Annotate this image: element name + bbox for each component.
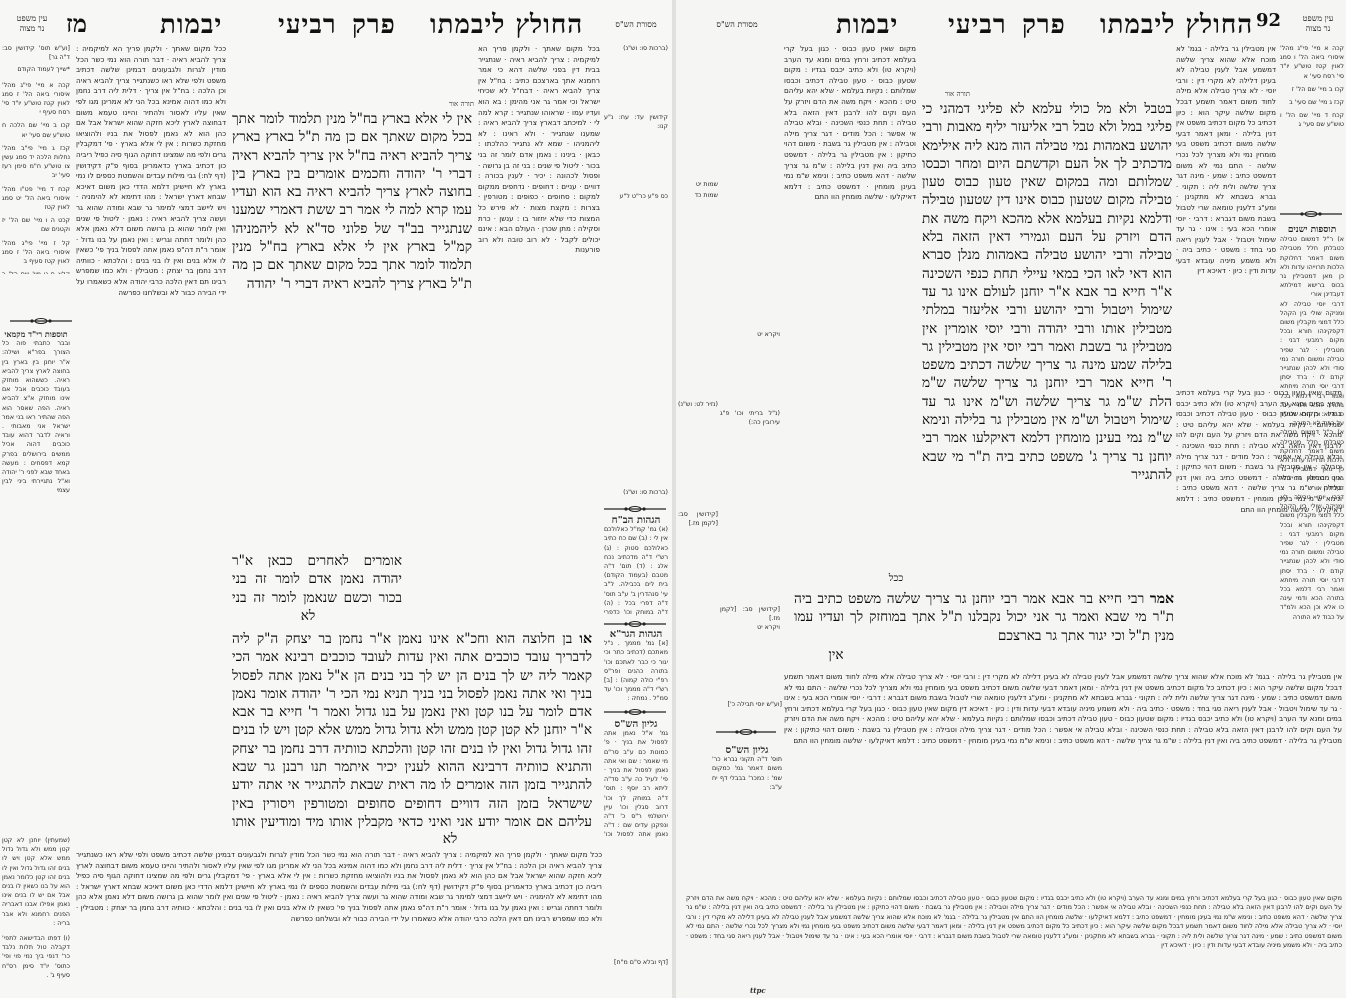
ornament-divider [604,708,666,716]
lower-margin-note: (ו) דפתו הבדישאה לתפי' דקבלה טול תלות נל… [2,934,70,980]
ein-mishpat-note: קכו ב מיי' שם הל' ז [1280,85,1344,94]
tosafot-yeshanim-text: דרבי יוסי טבילה לא ומניקה שולי בין הקהל … [1280,493,1344,622]
masoret-ref: (ברכות סו: וש"נ) [604,488,668,497]
ein-mishpat-text: עין משפט [1296,14,1340,24]
perek-label: פרק [1022,10,1066,40]
gemara-text-mid: אומרים לאחרים כבאן א"ר יהודה נאמן אדם לו… [232,552,402,607]
tosafot-rid-title: תוספות רי"ד מקמאי [2,330,70,339]
ein-mishpat-note: קכח ד מיי' שם הל' ו טוש"ע שם סעי' ג [1280,111,1344,129]
gilyon-hashas-title: גליון הש"ס [604,720,668,729]
gemara-catchword: לא [288,607,328,627]
ornament-divider [604,620,666,628]
ornament-divider [716,728,776,736]
rashi-text: מקום שאין טעון כבוס · כגון בעל קרי בעלמא… [784,44,916,201]
ein-mishpat-note: קכו ב מיי' שם הלכה ח טוש"ע שם סעי' יא [2,121,70,139]
ein-mishpat-note: קלא ח ט מיי' שם הל' ב טוש"ע יו"ד סימן רס… [2,270,70,274]
gilyon-hashas-text: תוס' ד"ה תקוני גברא כר' משום דאמר גמ' כמ… [712,755,782,792]
masoret-ref: [קידושין סב: [לקמן מז.] [720,605,780,623]
masoret-ref-bottom: [וע"ש יוסי תבילה כ'] [712,700,782,714]
hagahot-hagra-text: [א] גמ' מממך . נ"ל מאתכם (דכתיב כתר וכי … [604,639,668,700]
gilyon-hashas-box: גליון הש"ס תוס' ד"ה תקוני גברא כר' משום … [712,746,782,806]
tosafot-yeshanim-text: דרבי יוסי טבילה לא ומניקה שולי בין הקהל … [1280,300,1344,429]
tractate-name: יבמות [836,10,898,40]
gemara-passage: אומרים לאחרים כבאן א"ר יהודה נאמן אדם לו… [232,553,402,607]
gemara-catchword: ככל [876,570,916,588]
tosafot-text: ככל מקום שאתך · ולקמן פריך הא למיקמיה : … [76,44,226,297]
ornament-divider [10,317,72,325]
gemara-passage: אמר רבי חייא בר אבא אמר רבי יוחנן גר צרי… [794,591,1174,644]
tosafot-yeshanim-title: תוספות ישנים [1280,226,1344,235]
masoret-hashas-column: (ברכות סו: וש"נ) קידושין עד: עח: נ"ע קנו… [604,44,668,274]
tosafot-rid-text: ובבר כתבתי פוה כל הצורך בפר"א ושילה: א"ר… [2,339,70,495]
hagahot-bach-text: (א) גמ' קמ"ל כאלולכם אין לי : (ב) שם כח … [604,525,668,616]
gilyon-hashas-title: גליון הש"ס [712,746,782,755]
ner-mitzvah-text: נר מצוה [12,24,52,34]
margin-ref: *שייך לעמוד הקודם [2,65,70,74]
ornament-divider [1280,210,1342,218]
masoret-ref: קידושין עד: עח: נ"ע קנו: [604,113,668,131]
torah-or-label: תורה אור [920,90,970,99]
masoret-ref: (נזיר לט: וש"נ) [678,400,718,409]
page-header: מסורת הש"ס יבמות רביעי פרק החולץ ליבמתו … [676,6,1346,36]
gemara-catchword: לא [430,830,470,850]
rashi-commentary-bottom: אין מטבילין גר בלילה · בגמ' לא מוכח אלא … [784,672,1342,892]
masoret-ref-standalone: (ברכות סו: וש"נ) [604,488,668,502]
ein-mishpat-text: עין משפט [12,14,52,24]
gemara-text-upper: אין לי אלא בארץ בח"ל מנין תלמוד לומר אתך… [232,110,472,550]
page-header: עין משפט נר מצוה מז יבמות רביעי פרק החול… [0,6,672,36]
rashi-side-refs: [קידושין סב: [לקמן מז.] ויקרא יט [720,605,780,635]
gemara-text-upper: בטבל ולא מל כולי עלמא לא פליגי דמהני כי … [922,100,1172,570]
tosafot-text: אין מטבילין גר בלילה · בגמ' לא מוכח אלא … [1176,44,1276,275]
gemara-passage: בטבל ולא מל כולי עלמא לא פליגי דמהני כי … [922,101,1172,483]
hagahot-hagra-box: הגהות הגר"א [א] גמ' מממך . נ"ל מאתכם (דכ… [604,630,668,700]
rashi-text: בכל מקום שאתך · ולקמן פריך הא למיקמיה : … [478,44,600,254]
chapter-title: החולץ ליבמתו [430,10,583,40]
hagahot-bach-title: הגהות הב"ח [604,516,668,525]
commentary-footer: מקום שאין טעון כבוס · כגון בעל קרי בעלמא… [686,894,1342,986]
page-number: 92 [1256,10,1281,31]
perek-label: פרק [352,10,396,40]
tractate-name: יבמות [160,10,222,40]
ner-mitzvah-text: נר מצוה [1296,24,1340,34]
print-stamp: ttpc [750,986,766,995]
gemara-passage: אין לי אלא בארץ בח"ל מנין תלמוד לומר אתך… [232,111,472,292]
torah-or-label: תורה אור [420,100,474,109]
tosafot-yeshanim-text: א) ר"ל דמשום טבילה כטבלתן חלל מטבילה משו… [1280,428,1344,492]
masoret-hashas-column: שמות יט שמות כד (נזיר לט: וש"נ) [קידושין… [678,180,718,780]
chapter-title: החולץ ליבמתו [1100,10,1253,40]
ein-mishpat-note: קכה א מיי' פי"ג מהל' איסורי ביאה הל' ז ס… [2,81,70,118]
margin-ref: [וע"ש תוס' קידושין סב: ד"ה גר] [2,44,70,62]
masoret-ref: (נ"ל בריתי וכו' פ"ג עירובין כה:) [720,409,780,427]
gemara-passage: או בן חלוצה הוא וחכ"א אינו נאמן א"ר נחמן… [232,631,592,830]
tosafot-column: אין מטבילין גר בלילה · בגמ' לא מוכח אלא … [1176,44,1276,384]
gemara-catchword: אין [816,646,856,664]
ein-mishpat-note: קכח ד מיי' פט"ו מהל' איסורי ביאה הל' יט … [2,185,70,213]
left-page: עין משפט נר מצוה מז יבמות רביעי פרק החול… [0,0,672,998]
tosafot-column: ככל מקום שאתך · ולקמן פריך הא למיקמיה : … [76,44,226,814]
masoret-ref: [דף ובלא ס"ם מ"ח] [604,958,668,967]
masoret-ref: [וע"ש יוסי תבילה כ'] [712,700,782,709]
gilyon-hashas-text: גמ' א"ל נאמן אתה לפסול את בניך · פ' כמונ… [604,729,668,840]
masoret-ref: [קידושין סב: [לקמן מז.] [678,510,718,528]
rashi-column: בכל מקום שאתך · ולקמן פריך הא למיקמיה : … [478,44,600,534]
ein-mishpat-column: קכה א מיי' פי"ג מהל' איסורי ביאה הל' ו ס… [1280,44,1344,204]
lower-margin-note: (שמעתין) יוחנן לא קטן קטן ממש ולא גדול ג… [2,836,70,928]
commentary-text: ככל מקום שאתך · ולקמן פריך הא למיקמיה : … [76,850,602,923]
right-page: מסורת הש"ס יבמות רביעי פרק החולץ ליבמתו … [676,0,1346,998]
rashi-commentary-bottom: ככל מקום שאתך · ולקמן פריך הא למיקמיה : … [76,850,602,990]
ein-mishpat-label: עין משפט נר מצוה [12,14,52,34]
ein-mishpat-note: קכה א מיי' פי"ג מהל' איסורי ביאה הל' ו ס… [1280,44,1344,81]
masoret-ref: ויקרא יט [720,330,780,339]
hagahot-hagra-title: הגהות הגר"א [604,630,668,639]
masoret-ref: שמות כד [678,191,718,200]
gilyon-hashas-box: גליון הש"ס גמ' א"ל נאמן אתה לפסול את בני… [604,720,668,840]
rashi-side-refs: ויקרא יט (נ"ל בריתי וכו' פ"ג עירובין כה:… [720,330,780,530]
ornament-divider [604,505,666,513]
ein-mishpat-label: עין משפט נר מצוה [1296,14,1340,34]
lower-margin-notes: (שמעתין) יוחנן לא קטן קטן ממש ולא גדול ג… [2,836,70,992]
ein-mishpat-note: קל ז מיי' פי"ג מהל' איסורי ביאה הל' ז סמ… [2,239,70,267]
rashi-column: מקום שאין טעון כבוס · כגון בעל קרי בעלמא… [784,44,916,584]
masoret-hashas-label: מסורת הש"ס [608,20,664,30]
ein-mishpat-note: קכט ה ו מיי' שם הל' יז וקטנים שם [2,216,70,234]
masoret-hashas-label: מסורת הש"ס [702,20,772,30]
ein-mishpat-note: קכז ג מיי' שם סעי' ב [1280,98,1344,107]
gemara-text-lower: אמר רבי חייא בר אבא אמר רבי יוחנן גר צרי… [794,590,1174,646]
tosafot-yeshanim-text: א) ר"ל דמשום טבילה כטבלתן חלל מטבילה משו… [1280,235,1344,299]
masoret-ref: ויקרא יט [720,623,780,632]
masoret-ref-bottom: [דף ובלא ס"ם מ"ח] [604,958,668,972]
ein-mishpat-note: קכז ג מיי' פי"ב מהל' נחלות הלכה יד סמג ע… [2,144,70,181]
masoret-ref: כס פ"ע כר"ט ל"ע [604,192,668,201]
gemara-text-lower: או בן חלוצה הוא וחכ"א אינו נאמן א"ר נחמן… [232,630,592,830]
perek-number: רביעי [948,10,1007,40]
perek-number: רביעי [278,10,337,40]
ein-mishpat-column: [וע"ש תוס' קידושין סב: ד"ה גר] *שייך לעמ… [2,44,70,274]
masoret-ref: (ברכות סו: וש"נ) [604,44,668,53]
hagahot-bach-box: הגהות הב"ח (א) גמ' קמ"ל כאלולכם אין לי :… [604,516,668,616]
masoret-ref: שמות יט [678,180,718,189]
folio-number: מז [66,9,87,39]
tosafot-rid-column: תוספות רי"ד מקמאי ובבר כתבתי פוה כל הצור… [2,330,70,820]
